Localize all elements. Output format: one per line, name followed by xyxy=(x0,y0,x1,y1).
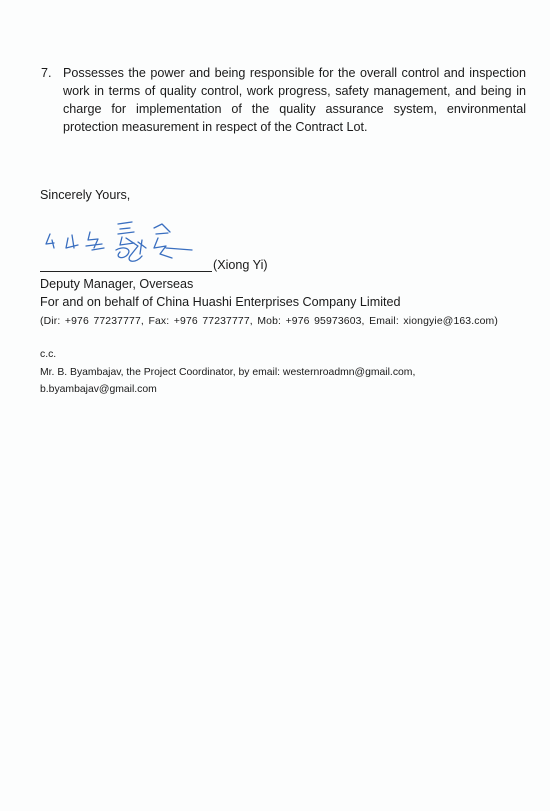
cc-recipient-line: Mr. B. Byambajav, the Project Coordinato… xyxy=(40,367,415,378)
closing-salutation: Sincerely Yours, xyxy=(40,188,130,202)
signature-line xyxy=(40,257,212,272)
signer-contact-details: (Dir: +976 77237777, Fax: +976 77237777,… xyxy=(40,316,498,327)
list-item-text: Possesses the power and being responsibl… xyxy=(63,64,526,136)
list-item-number: 7. xyxy=(41,64,52,82)
signature-line-row: (Xiong Yi) xyxy=(40,257,268,272)
signer-company: For and on behalf of China Huashi Enterp… xyxy=(40,295,401,309)
signer-name: (Xiong Yi) xyxy=(213,258,268,272)
cc-label: c.c. xyxy=(40,349,56,360)
numbered-list-item: 7. Possesses the power and being respons… xyxy=(41,64,526,136)
signer-title: Deputy Manager, Overseas xyxy=(40,277,193,291)
letter-page: 7. Possesses the power and being respons… xyxy=(0,0,550,811)
cc-recipient-email: b.byambajav@gmail.com xyxy=(40,384,157,395)
